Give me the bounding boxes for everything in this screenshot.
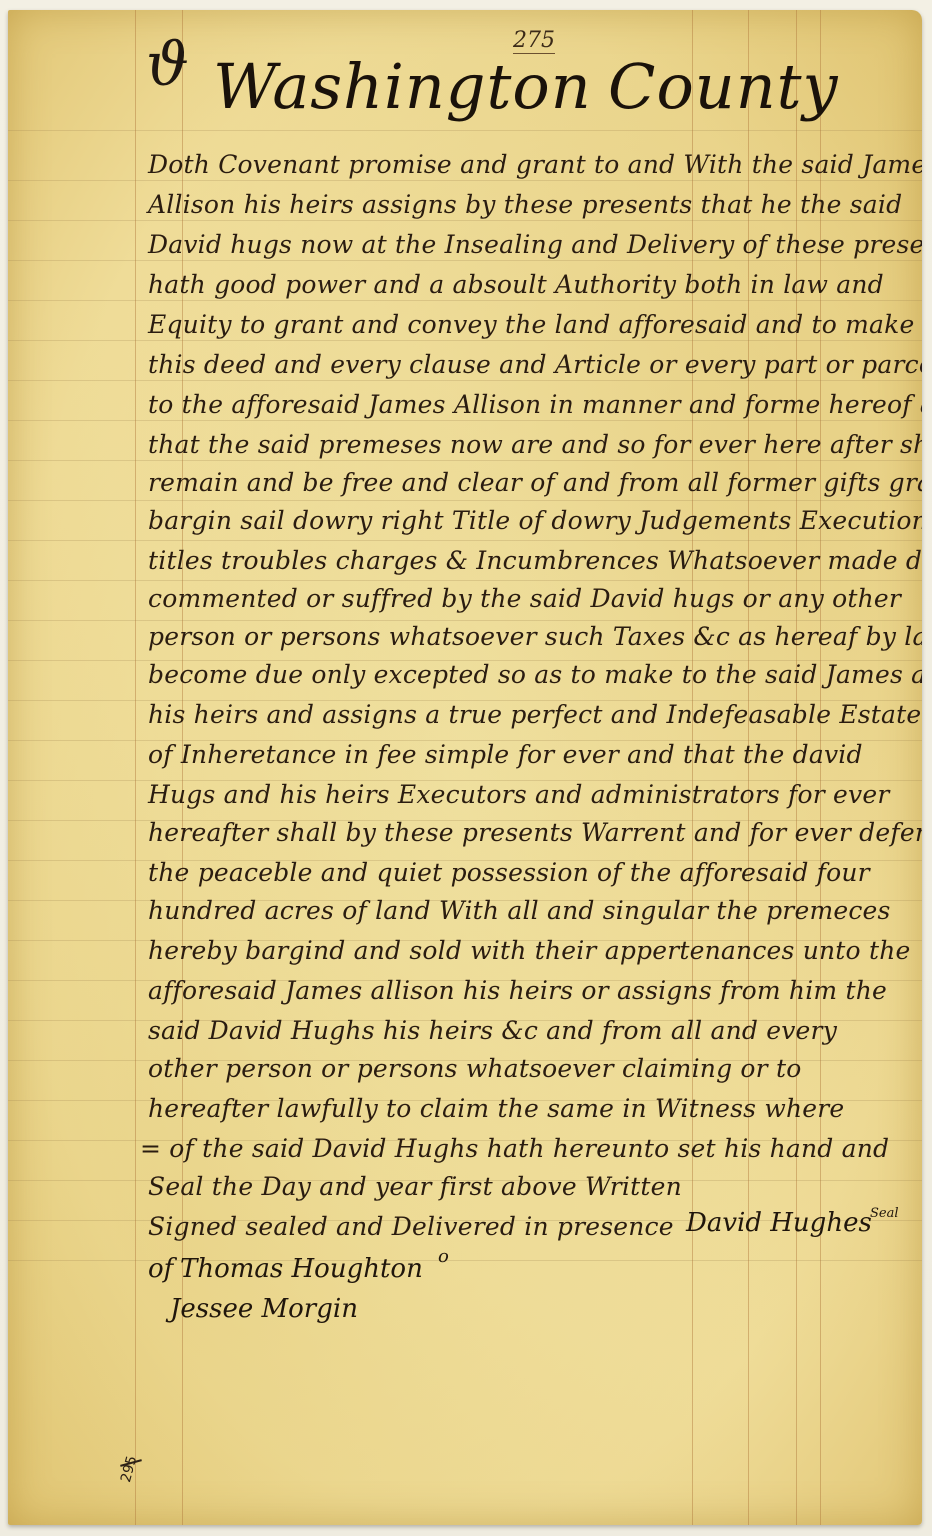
- ruled-line: [8, 1260, 922, 1261]
- header-county-label: County: [608, 50, 839, 123]
- deed-line: hereafter shall by these presents Warren…: [148, 818, 922, 847]
- deed-line: David hugs now at the Insealing and Deli…: [148, 230, 922, 259]
- ruled-line: [8, 300, 922, 301]
- ruled-line: [8, 500, 922, 501]
- deed-line: remain and be free and clear of and from…: [148, 468, 922, 497]
- deed-line: other person or persons whatsoever claim…: [148, 1054, 801, 1083]
- witness-signature: Jessee Morgin: [170, 1294, 358, 1324]
- deed-line: commented or suffred by the said David h…: [148, 584, 901, 613]
- witness-signature: Thomas Houghton: [180, 1254, 423, 1284]
- deed-line: this deed and every clause and Article o…: [148, 350, 922, 379]
- document-page: ϑ 275 Washington County Doth Covenant pr…: [8, 10, 922, 1525]
- header-county-name: Washington: [213, 50, 592, 123]
- ruled-line: [8, 620, 922, 621]
- deed-line: hath good power and a absoult Authority …: [148, 270, 884, 299]
- deed-line: afforesaid James allison his heirs or as…: [148, 976, 887, 1005]
- deed-line: said David Hughs his heirs &c and from a…: [148, 1016, 837, 1045]
- signatory-signature: David Hughes: [686, 1208, 872, 1238]
- seal-mark: Seal: [870, 1206, 899, 1221]
- ruled-line: [8, 380, 922, 381]
- deed-line: hundred acres of land With all and singu…: [148, 896, 891, 925]
- ruled-line: [8, 580, 922, 581]
- deed-line: Hugs and his heirs Executors and adminis…: [148, 780, 890, 809]
- deed-line: the peaceble and quiet possession of the…: [148, 858, 870, 887]
- attestation-clause: Signed sealed and Delivered in presence: [148, 1212, 674, 1241]
- ruled-line: [8, 130, 922, 131]
- deed-line: titles troubles charges & Incumbrences W…: [148, 546, 922, 575]
- ruled-line: [8, 540, 922, 541]
- deed-line: his heirs and assigns a true perfect and…: [148, 700, 921, 729]
- ruled-line: [8, 260, 922, 261]
- witness-prefix: of: [148, 1254, 173, 1284]
- deed-line: = of the said David Hughs hath hereunto …: [140, 1134, 889, 1163]
- witness-mark: o: [438, 1246, 449, 1267]
- deed-line: Doth Covenant promise and grant to and W…: [148, 150, 922, 179]
- ruled-line: [8, 460, 922, 461]
- deed-line: hereafter lawfully to claim the same in …: [148, 1094, 844, 1123]
- ruled-line: [8, 420, 922, 421]
- deed-line: Equity to grant and convey the land affo…: [148, 310, 914, 339]
- deed-line: Seal the Day and year first above Writte…: [148, 1172, 682, 1201]
- deed-line: of Inheretance in fee simple for ever an…: [148, 740, 863, 769]
- ruled-line: [8, 340, 922, 341]
- deed-line: person or persons whatsoever such Taxes …: [148, 622, 922, 651]
- deed-line: become due only excepted so as to make t…: [148, 660, 922, 689]
- deed-line: that the said premeses now are and so fo…: [148, 430, 922, 459]
- deed-line: hereby bargind and sold with their apper…: [148, 936, 911, 965]
- margin-note: 295: [118, 1454, 140, 1484]
- ruled-line: [8, 220, 922, 221]
- flourish-ornament: ϑ: [146, 30, 189, 100]
- margin-line: [135, 10, 136, 1525]
- scan-frame: ϑ 275 Washington County Doth Covenant pr…: [0, 0, 932, 1536]
- deed-line: to the afforesaid James Allison in manne…: [148, 390, 922, 419]
- deed-line: bargin sail dowry right Title of dowry J…: [148, 506, 922, 535]
- ruled-line: [8, 180, 922, 181]
- deed-line: Allison his heirs assigns by these prese…: [148, 190, 902, 219]
